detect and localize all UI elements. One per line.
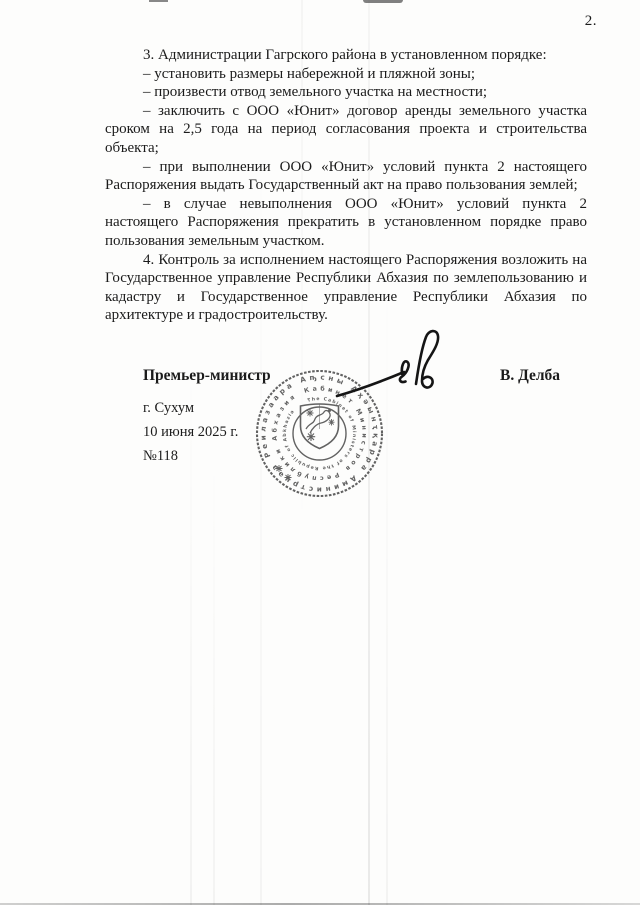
page-number: 2.	[585, 13, 597, 30]
paragraph: – заключить с ООО «Юнит» договор аренды …	[105, 102, 587, 158]
signer-name: В. Делба	[500, 367, 560, 385]
paragraph: – произвести отвод земельного участка на…	[105, 83, 587, 102]
scan-smudge	[149, 0, 168, 2]
paragraph: 3. Администрации Гагрского района в уста…	[105, 46, 587, 65]
document-body: 3. Администрации Гагрского района в уста…	[105, 46, 587, 325]
paragraph: – в случае невыполнения ООО «Юнит» услов…	[105, 195, 587, 251]
paragraph: 4. Контроль за исполнением настоящего Ра…	[105, 251, 587, 325]
handwritten-signature-icon	[332, 328, 452, 400]
scan-smudge	[363, 0, 403, 3]
date-line: 10 июня 2025 г.	[143, 424, 238, 441]
place-line: г. Сухум	[143, 400, 194, 417]
paragraph: – установить размеры набережной и пляжно…	[105, 65, 587, 84]
scanned-document-page: 2. 3. Администрации Гагрского района в у…	[0, 0, 640, 905]
paragraph: – при выполнении ООО «Юнит» условий пунк…	[105, 158, 587, 195]
document-number: №118	[143, 448, 178, 465]
